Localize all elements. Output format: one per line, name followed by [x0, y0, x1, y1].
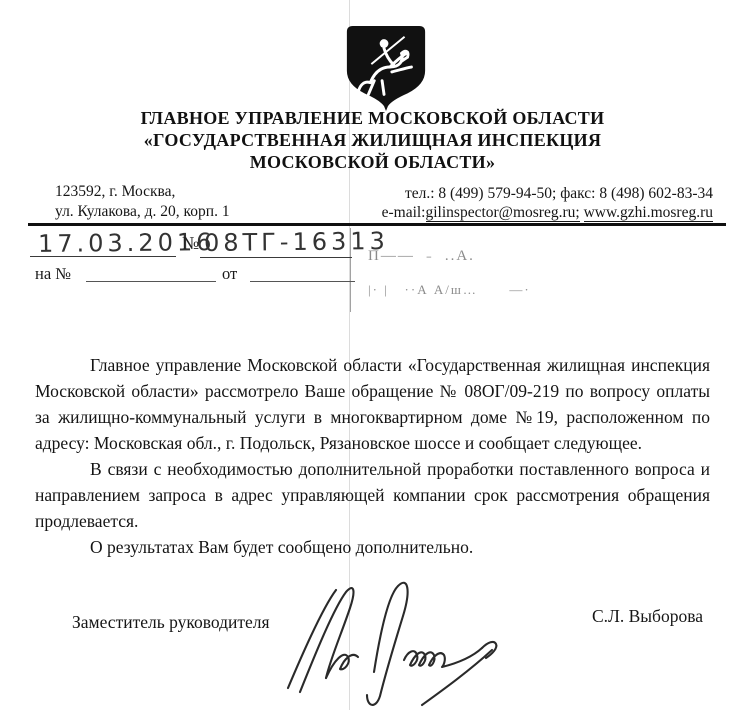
postal-address-line1: 123592, г. Москва,: [55, 182, 230, 202]
email-website-line: e-mail:gilinspector@mosreg.ru; www.gzhi.…: [382, 203, 713, 222]
website-address: www.gzhi.mosreg.ru: [584, 204, 713, 222]
recipient-fragment-2: |· | ··А А/ш… —·: [368, 282, 698, 298]
postal-address: 123592, г. Москва, ул. Кулакова, д. 20, …: [55, 182, 230, 222]
outgoing-number-handwritten: 08ТГ-16313: [204, 227, 389, 257]
letterhead-divider-rule: [28, 223, 726, 226]
body-paragraph-2: В связи с необходимостью дополнительной …: [35, 456, 710, 534]
recipient-fragment-1: П—— ˗ ..А.: [368, 248, 698, 265]
body-paragraph-1: Главное управление Московской области «Г…: [35, 352, 710, 456]
reply-from-label: от: [222, 264, 237, 284]
signatory-name: С.Л. Выборова: [592, 606, 703, 627]
organization-title-line1: ГЛАВНОЕ УПРАВЛЕНИЕ МОСКОВСКОЙ ОБЛАСТИ: [0, 107, 745, 129]
date-blank-line: [30, 256, 176, 257]
phone-fax-line: тел.: 8 (499) 579-94-50; факс: 8 (498) 6…: [382, 184, 713, 203]
number-sign: №: [182, 233, 199, 254]
email-address: gilinspector@mosreg.ru;: [426, 204, 580, 222]
signatory-position-title: Заместитель руководителя: [72, 612, 270, 633]
body-paragraph-3: О результатах Вам будет сообщено дополни…: [35, 534, 710, 560]
number-blank-line: [200, 257, 352, 258]
reply-number-blank-line: [86, 281, 216, 282]
letter-body: Главное управление Московской области «Г…: [35, 352, 710, 560]
email-label: e-mail:: [382, 204, 426, 221]
recipient-block-redacted: П—— ˗ ..А. |· | ··А А/ш… —·: [368, 248, 698, 298]
organization-title-line2: «ГОСУДАРСТВЕННАЯ ЖИЛИЩНАЯ ИНСПЕКЦИЯ: [0, 129, 745, 151]
reply-date-blank-line: [250, 281, 355, 282]
coat-of-arms-icon: [344, 24, 428, 112]
organization-title-line3: МОСКОВСКОЙ ОБЛАСТИ»: [0, 151, 745, 173]
handwritten-signature-icon: [282, 578, 538, 708]
postal-address-line2: ул. Кулакова, д. 20, корп. 1: [55, 202, 230, 222]
contact-info: тел.: 8 (499) 579-94-50; факс: 8 (498) 6…: [382, 184, 713, 222]
reply-to-label: на №: [35, 264, 71, 284]
official-letter-page: ГЛАВНОЕ УПРАВЛЕНИЕ МОСКОВСКОЙ ОБЛАСТИ «Г…: [0, 0, 745, 710]
organization-title: ГЛАВНОЕ УПРАВЛЕНИЕ МОСКОВСКОЙ ОБЛАСТИ «Г…: [0, 107, 745, 173]
